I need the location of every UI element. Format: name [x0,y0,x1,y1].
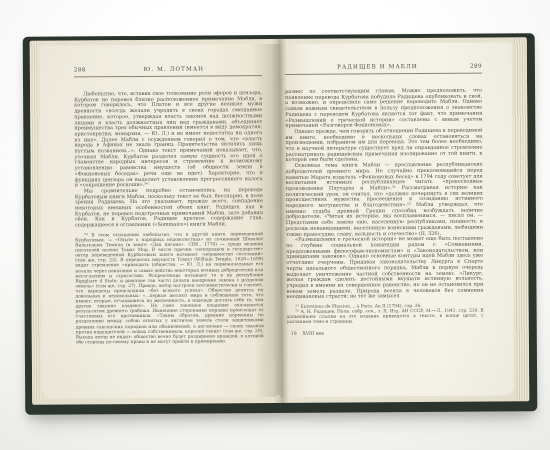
footnote-text: ⁵⁰ В этом отношении любопытно, что в дру… [75,232,264,345]
right-page: РАДИЩЕВ И МАБЛИ 289 разнес по соответств… [276,42,514,397]
left-page-content: 288 Ю. М. ЛОТМАН Любопытно, что, вставив… [40,44,278,399]
left-body-text: Любопытно, что, вставив свое толкование … [74,91,263,229]
right-page-header: РАДИЩЕВ И МАБЛИ 289 [285,64,482,71]
left-page-number: 288 [74,67,86,73]
paragraph: «Размышления о греческой истории» не мож… [286,237,483,301]
footnote-text: ⁵² А. Н. Радищев, Полн. собр. соч., т. I… [287,309,484,326]
photo-background: 288 Ю. М. ЛОТМАН Любопытно, что, вставив… [0,0,550,450]
paragraph: Любопытно, что, вставив свое толкование … [74,91,263,189]
right-page-content: РАДИЩЕВ И МАБЛИ 289 разнес по соответств… [276,42,514,397]
left-page: 288 Ю. М. ЛОТМАН Любопытно, что, вставив… [40,44,278,399]
left-footnote: ⁵⁰ В этом отношении любопытно, что в дру… [75,232,264,345]
page-edges-stack: 288 Ю. М. ЛОТМАН Любопытно, что, вставив… [30,37,530,404]
paragraph: Основная тема книги Мабли — прославление… [286,163,484,239]
left-running-head: Ю. М. ЛОТМАН [86,66,262,73]
right-header-rule [285,73,482,75]
right-running-head: РАДИЩЕВ И МАБЛИ [285,64,470,71]
paragraph: разнес по соответствующим главам. Можно … [285,89,482,130]
page-spread: 288 Ю. М. ЛОТМАН Любопытно, что, вставив… [40,42,514,398]
right-page-number: 289 [470,64,482,70]
open-book: 288 Ю. М. ЛОТМАН Любопытно, что, вставив… [23,33,538,415]
signature-mark: 19 XVIII век [287,331,484,337]
left-header-rule [74,75,262,77]
left-page-header: 288 Ю. М. ЛОТМАН [74,66,262,73]
right-body-text: разнес по соответствующим главам. Можно … [285,89,483,301]
paragraph: Однако прежде, чем говорить об отношении… [285,129,482,165]
paragraph: Мы сравнительно подробно остановились на… [75,188,263,229]
right-footnotes: ⁵¹ Entretiens de Phocion..., à Paris, An… [287,304,484,326]
